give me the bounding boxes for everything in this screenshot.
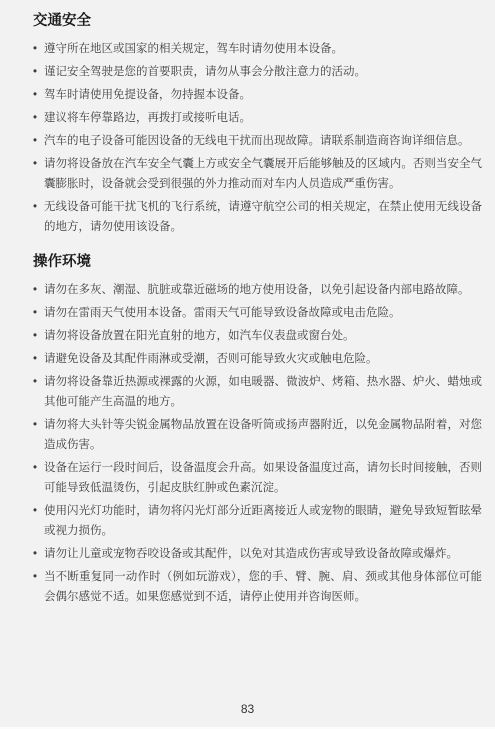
list-item: 驾车时请使用免提设备，勿持握本设备。 — [33, 85, 482, 105]
bullet-list-operating-environment: 请勿在多灰、潮湿、肮脏或靠近磁场的地方使用设备，以免引起设备内部电路故障。请勿在… — [33, 280, 483, 607]
section-operating-environment: 操作环境 请勿在多灰、潮湿、肮脏或靠近磁场的地方使用设备，以免引起设备内部电路故… — [33, 253, 483, 607]
list-item: 请勿在雷雨天气使用本设备。雷雨天气可能导致设备故障或电击危险。 — [33, 303, 482, 323]
list-item: 请勿在多灰、潮湿、肮脏或靠近磁场的地方使用设备，以免引起设备内部电路故障。 — [33, 280, 482, 300]
list-item: 汽车的电子设备可能因设备的无线电干扰而出现故障。请联系制造商咨询详细信息。 — [33, 131, 482, 151]
page-footer: 83 — [0, 700, 495, 718]
list-item: 设备在运行一段时间后，设备温度会升高。如果设备温度过高，请勿长时间接触，否则可能… — [33, 458, 482, 498]
list-item: 请勿将设备放在汽车安全气囊上方或安全气囊展开后能够触及的区域内。否则当安全气囊膨… — [33, 154, 482, 194]
section-title-operating-environment: 操作环境 — [33, 253, 483, 271]
page-number: 83 — [241, 702, 254, 716]
list-item: 无线设备可能干扰飞机的飞行系统，请遵守航空公司的相关规定，在禁止使用无线设备的地… — [33, 197, 482, 237]
list-item: 请勿将大头针等尖锐金属物品放置在设备听筒或扬声器附近，以免金属物品附着，对您造成… — [33, 415, 482, 455]
list-item: 当不断重复同一动作时（例如玩游戏），您的手、臂、腕、肩、颈或其他身体部位可能会偶… — [33, 567, 482, 607]
section-traffic-safety: 交通安全 遵守所在地区或国家的相关规定，驾车时请勿使用本设备。谨记安全驾驶是您的… — [33, 12, 483, 237]
bullet-list-traffic-safety: 遵守所在地区或国家的相关规定，驾车时请勿使用本设备。谨记安全驾驶是您的首要职责，… — [33, 39, 483, 237]
manual-page: 交通安全 遵守所在地区或国家的相关规定，驾车时请勿使用本设备。谨记安全驾驶是您的… — [0, 0, 495, 607]
list-item: 请勿将设备靠近热源或裸露的火源，如电暖器、微波炉、烤箱、热水器、炉火、蜡烛或其他… — [33, 372, 482, 412]
list-item: 谨记安全驾驶是您的首要职责，请勿从事会分散注意力的活动。 — [33, 62, 482, 82]
list-item: 遵守所在地区或国家的相关规定，驾车时请勿使用本设备。 — [33, 39, 482, 59]
list-item: 请勿将设备放置在阳光直射的地方，如汽车仪表盘或窗台处。 — [33, 326, 482, 346]
list-item: 建议将车停靠路边，再拨打或接听电话。 — [33, 108, 482, 128]
list-item: 使用闪光灯功能时，请勿将闪光灯部分近距离接近人或宠物的眼睛，避免导致短暂眩晕或视… — [33, 501, 482, 541]
section-title-traffic-safety: 交通安全 — [33, 12, 483, 30]
list-item: 请勿让儿童或宠物吞咬设备或其配件，以免对其造成伤害或导致设备故障或爆炸。 — [33, 544, 482, 564]
list-item: 请避免设备及其配件雨淋或受潮，否则可能导致火灾或触电危险。 — [33, 349, 482, 369]
